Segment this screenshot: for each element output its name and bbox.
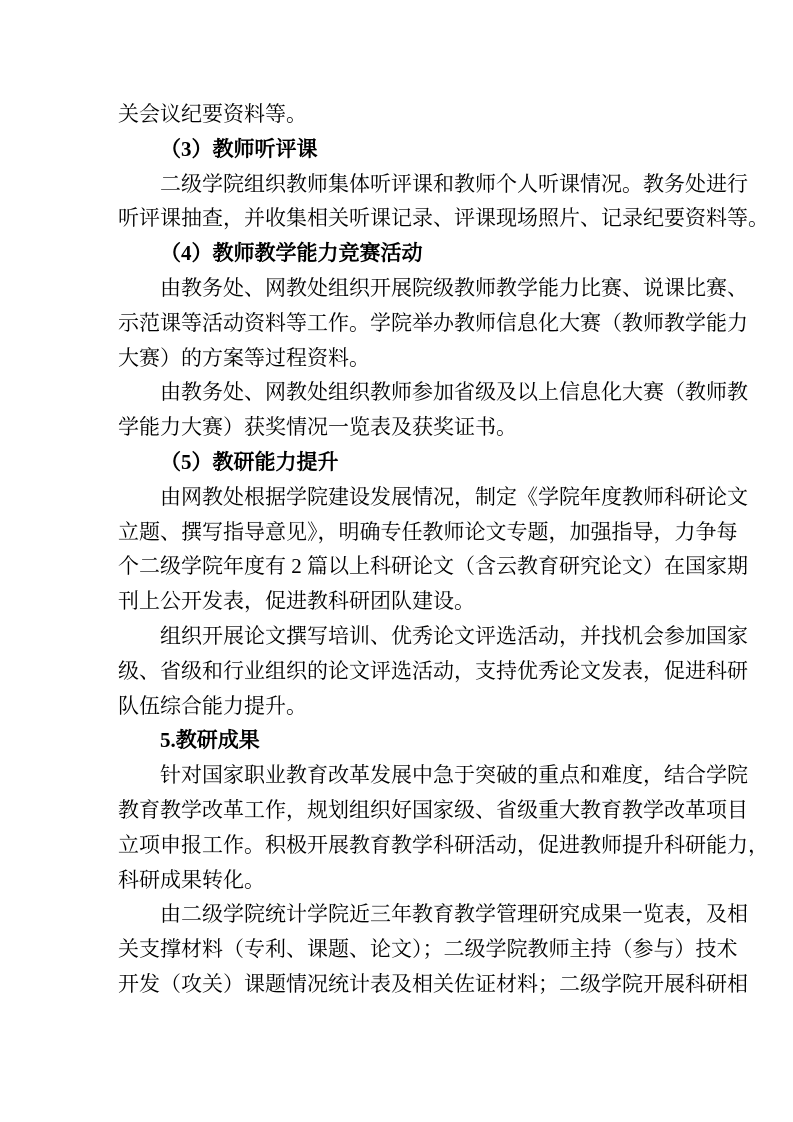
document-page: 关会议纪要资料等。（3）教师听评课二级学院组织教师集体听评课和教师个人听课情况。…	[0, 0, 793, 1122]
text-line: 教育教学改革工作，规划组织好国家级、省级重大教育教学改革项目	[118, 793, 676, 828]
text-line: 二级学院组织教师集体听评课和教师个人听课情况。教务处进行	[118, 167, 676, 202]
text-line: 由教务处、网教处组织开展院级教师教学能力比赛、说课比赛、	[118, 271, 676, 306]
text-line: 针对国家职业教育改革发展中急于突破的重点和难度，结合学院	[118, 758, 676, 793]
heading-line: 5.教研成果	[118, 723, 676, 758]
text-line: 级、省级和行业组织的论文评选活动，支持优秀论文发表，促进科研	[118, 654, 676, 689]
text-line: 队伍综合能力提升。	[118, 689, 676, 724]
text-line: 关会议纪要资料等。	[118, 97, 676, 132]
heading-line: （5）教研能力提升	[118, 445, 676, 480]
heading-line: （4）教师教学能力竞赛活动	[118, 236, 676, 271]
text-line: 听评课抽查，并收集相关听课记录、评课现场照片、记录纪要资料等。	[118, 201, 676, 236]
text-line: 关支撑材料（专利、课题、论文）；二级学院教师主持（参与）技术	[118, 932, 676, 967]
text-line: 组织开展论文撰写培训、优秀论文评选活动，并找机会参加国家	[118, 619, 676, 654]
text-line: 示范课等活动资料等工作。学院举办教师信息化大赛（教师教学能力	[118, 306, 676, 341]
heading-line: （3）教师听评课	[118, 132, 676, 167]
text-line: 刊上公开发表，促进教科研团队建设。	[118, 584, 676, 619]
text-line: 立题、撰写指导意见》，明确专任教师论文专题，加强指导，力争每	[118, 515, 676, 550]
text-line: 由网教处根据学院建设发展情况，制定《学院年度教师科研论文	[118, 480, 676, 515]
text-line: 大赛）的方案等过程资料。	[118, 341, 676, 376]
text-line: 学能力大赛）获奖情况一览表及获奖证书。	[118, 410, 676, 445]
text-line: 由二级学院统计学院近三年教育教学管理研究成果一览表，及相	[118, 897, 676, 932]
text-line: 立项申报工作。积极开展教育教学科研活动，促进教师提升科研能力，	[118, 828, 676, 863]
text-line: 个二级学院年度有 2 篇以上科研论文（含云教育研究论文）在国家期	[118, 549, 676, 584]
text-line: 科研成果转化。	[118, 863, 676, 898]
text-line: 开发（攻关）课题情况统计表及相关佐证材料；二级学院开展科研相	[118, 967, 676, 1002]
text-line: 由教务处、网教处组织教师参加省级及以上信息化大赛（教师教	[118, 375, 676, 410]
document-text-block: 关会议纪要资料等。（3）教师听评课二级学院组织教师集体听评课和教师个人听课情况。…	[118, 97, 676, 1002]
